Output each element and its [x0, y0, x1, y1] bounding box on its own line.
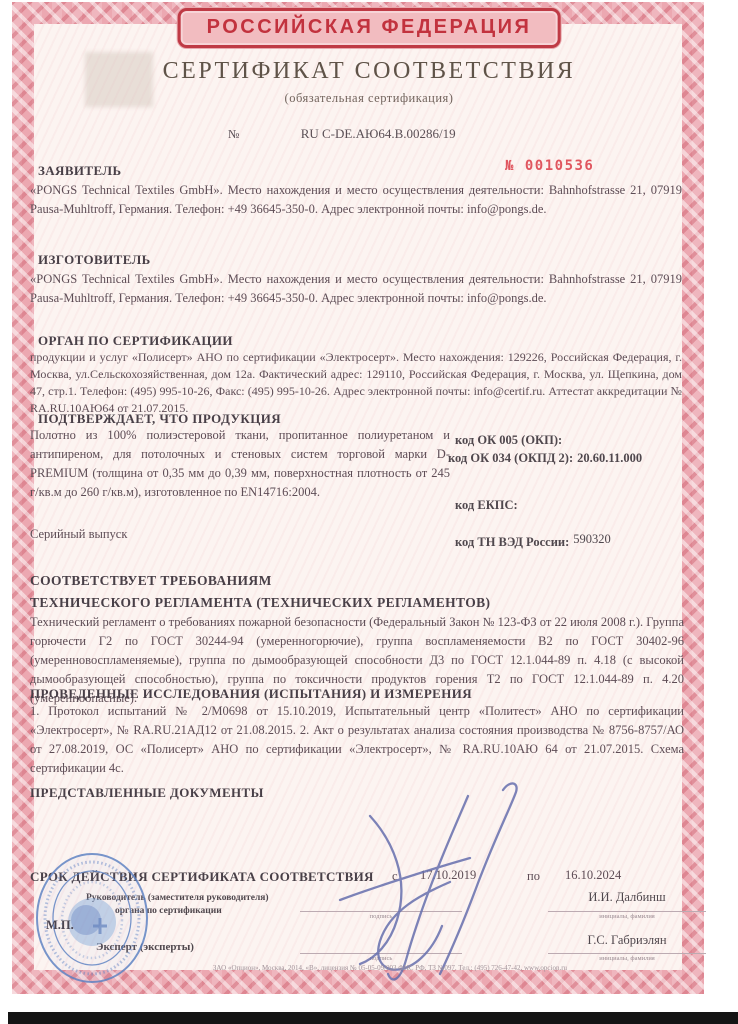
code-okp-line: код ОК 005 (ОКП):	[455, 433, 566, 448]
stamp-place-label: М.П.	[46, 918, 74, 933]
handwritten-signature	[300, 778, 530, 983]
certificate-subtitle: (обязательная сертификация)	[0, 91, 738, 106]
code-tnved-label: код ТН ВЭД России:	[455, 535, 569, 549]
country-banner: РОССИЙСКАЯ ФЕДЕРАЦИЯ	[178, 8, 561, 48]
applicant-heading: ЗАЯВИТЕЛЬ	[38, 163, 121, 179]
code-ekps-line: код ЕКПС:	[455, 498, 522, 513]
head-name-caption: инициалы, фамилия	[548, 913, 706, 920]
tests-body: 1. Протокол испытаний № 2/М0698 от 15.10…	[30, 702, 684, 778]
head-name-line	[548, 911, 706, 912]
expert-name-line	[548, 953, 706, 954]
code-tnved-line: код ТН ВЭД России:590320	[455, 535, 611, 550]
expert-name-caption: инициалы, фамилия	[548, 955, 706, 962]
certificate-number-value: RU C-DE.АЮ64.В.00286/19	[301, 126, 456, 141]
certification-body-heading: ОРГАН ПО СЕРТИФИКАЦИИ	[38, 333, 233, 349]
code-okpd2-value: 20.60.11.000	[577, 451, 642, 465]
product-heading: ПОДТВЕРЖДАЕТ, ЧТО ПРОДУКЦИЯ	[38, 411, 281, 427]
certificate-title: СЕРТИФИКАТ СООТВЕТСТВИЯ	[0, 58, 738, 85]
tests-heading: ПРОВЕДЕННЫЕ ИССЛЕДОВАНИЯ (ИСПЫТАНИЯ) И И…	[30, 686, 472, 702]
documents-heading: ПРЕДСТАВЛЕННЫЕ ДОКУМЕНТЫ	[30, 785, 264, 801]
code-okp-label: код ОК 005 (ОКП):	[455, 433, 562, 447]
certificate-number-label: №	[228, 127, 239, 141]
certificate-page: РОССИЙСКАЯ ФЕДЕРАЦИЯ СЕРТИФИКАТ СООТВЕТС…	[0, 0, 738, 1024]
head-name: И.И. Далбинш	[552, 890, 702, 905]
code-okpd2-label: код ОК 034 (ОКПД 2):	[448, 451, 573, 465]
requirements-heading-2: ТЕХНИЧЕСКОГО РЕГЛАМЕНТА (ТЕХНИЧЕСКИХ РЕГ…	[30, 595, 490, 611]
product-description: Полотно из 100% полиэстеровой ткани, про…	[30, 426, 450, 502]
manufacturer-heading: ИЗГОТОВИТЕЛЬ	[38, 252, 151, 268]
scan-edge-bar	[8, 1012, 738, 1024]
validity-to-date: 16.10.2024	[565, 868, 621, 883]
blank-serial-number: № 0010536	[505, 158, 594, 174]
applicant-body: «PONGS Technical Textiles GmbH». Место н…	[30, 181, 682, 219]
code-okpd2-line: код ОК 034 (ОКПД 2):20.60.11.000	[448, 451, 642, 466]
code-ekps-label: код ЕКПС:	[455, 498, 518, 512]
manufacturer-body: «PONGS Technical Textiles GmbH». Место н…	[30, 270, 682, 308]
product-release-type: Серийный выпуск	[30, 525, 330, 544]
code-tnved-value: 590320	[573, 532, 611, 546]
requirements-heading-1: СООТВЕТСТВУЕТ ТРЕБОВАНИЯМ	[30, 573, 272, 589]
country-banner-label: РОССИЙСКАЯ ФЕДЕРАЦИЯ	[207, 16, 532, 38]
certification-body-text: продукции и услуг «Полисерт» АНО по серт…	[30, 349, 682, 417]
certificate-number-row: № RU C-DE.АЮ64.В.00286/19	[228, 126, 456, 142]
printer-footer: ЗАО «Опцион», Москва, 2014, «В», лицензи…	[110, 964, 670, 972]
expert-name: Г.С. Габриэлян	[552, 933, 702, 948]
